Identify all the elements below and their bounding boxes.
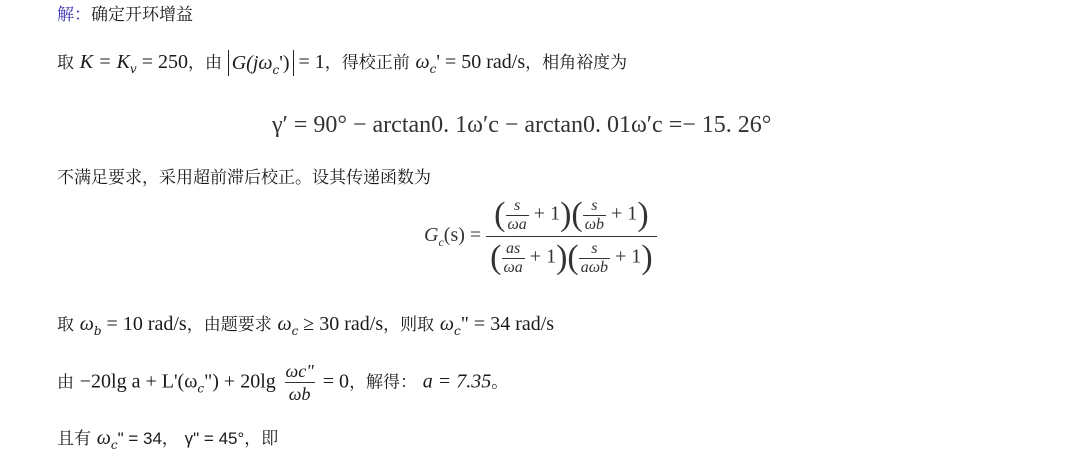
math: " = 34 rad/s [461,313,554,335]
text: 由 [57,373,74,393]
text: 取 [57,53,74,73]
open-loop-gain-line: 取 K = Kv = 250，由 G(jωc') = 1，得校正前 ωc' = … [57,50,627,76]
lead-lag-text: 不满足要求，采用超前滞后校正。设其传递函数为 [57,170,431,187]
math-sub: c [454,324,461,338]
text: ，由题要求 [187,315,272,335]
math: + 1 [534,203,560,225]
text: ，得校正前 [325,53,410,73]
math: + 1 [530,246,556,268]
math: = 10 rad/s [102,313,187,335]
math-sub: c [111,438,118,452]
solution-label: 解： [57,5,91,25]
text: 。 [491,373,508,393]
text: ，相角裕度为 [525,53,627,73]
math: −20lg a + L'(ω [80,371,198,393]
math-omega: ω [416,51,430,73]
math: ωc" [282,362,318,382]
math: ≥ 30 rad/s [298,313,383,335]
text: ，解得： [349,373,417,393]
result-a: a = 7.35 [423,371,492,393]
math-sub: b [94,324,102,338]
math: γ" = 45° [185,429,245,448]
text: 取 [57,315,74,335]
math: ωa [502,258,525,277]
text: ，则取 [383,315,434,335]
math: ωa [506,215,529,234]
given-line: 且有 ωc" = 34， γ" = 45°，即 [57,428,278,451]
solution-heading: 解：确定开环增益 [57,7,193,24]
math: as [504,240,522,258]
math: s [589,197,599,215]
math: G(jω [232,52,273,74]
math: ') [279,52,289,74]
math: (s) = [444,224,481,246]
text: ，即 [244,429,278,449]
math-val: = 1 [294,51,325,73]
text: ，由 [188,53,222,73]
math: + 1 [611,203,637,225]
math: ω [80,313,94,335]
math: ω [97,427,111,449]
abs-expr: G(jωc') [228,50,294,76]
math: ω [440,313,454,335]
math: = 0 [318,371,349,393]
transfer-function: Gc(s) = (sωa + 1)(sωb + 1) (asωa + 1)(sa… [424,196,657,277]
math: ωb [583,215,606,234]
math: G [424,224,438,246]
fraction: (sωa + 1)(sωb + 1) (asωa + 1)(saωb + 1) [486,196,656,277]
math: s [512,197,522,215]
heading-text: 确定开环增益 [91,5,193,25]
math-K: K = K [80,51,130,73]
text: 且有 [57,429,91,449]
math: + 1 [615,246,641,268]
solve-a-line: 由 −20lg a + L'(ωc") + 20lg ωc"ωb = 0，解得：… [57,362,508,403]
math: ωb [285,382,315,403]
math: ") + 20lg [204,371,276,393]
omega-selection-line: 取 ωb = 10 rad/s，由题要求 ωc ≥ 30 rad/s，则取 ωc… [57,314,554,337]
math-val: ' = 50 rad/s [436,51,525,73]
phase-margin-formula: γ′ = 90° − arctan0. 1ω′c − arctan0. 01ω′… [272,112,771,139]
math-val: = 250 [137,51,188,73]
math: s [589,240,599,258]
omega-ratio: ωc"ωb [282,362,318,403]
math: aωb [579,258,610,277]
math: ω [277,313,291,335]
math: " = 34 [118,429,162,448]
text: ， [162,429,179,449]
math-sub: v [130,62,137,76]
